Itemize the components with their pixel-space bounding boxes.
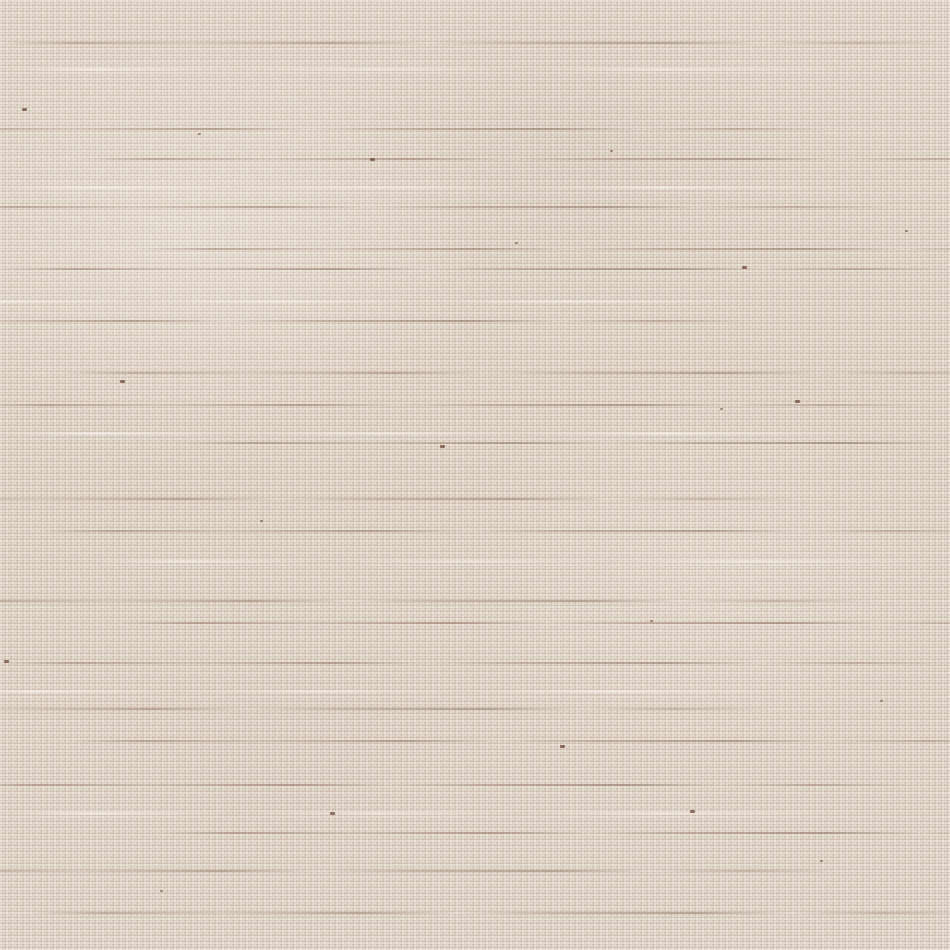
fleck <box>370 158 375 161</box>
slub-streak <box>0 662 950 664</box>
slub-streak <box>0 404 920 406</box>
fleck <box>880 700 883 702</box>
slub-streak <box>0 708 770 710</box>
fleck <box>650 620 653 622</box>
slub-streak-light <box>0 690 890 693</box>
fleck <box>905 230 908 232</box>
fleck <box>560 745 565 748</box>
fabric-texture-photo <box>0 0 950 950</box>
slub-streak <box>0 128 830 130</box>
fleck <box>198 133 201 135</box>
slub-streak <box>60 372 950 374</box>
fleck <box>22 108 27 111</box>
weave-knots <box>0 0 950 950</box>
slub-streak <box>0 320 750 322</box>
slub-streak <box>40 530 950 532</box>
slub-streak-light <box>0 68 950 71</box>
slub-streak <box>0 42 950 44</box>
fleck <box>120 380 125 383</box>
slub-streak <box>140 248 950 250</box>
fleck <box>440 445 445 448</box>
slub-streak-light <box>0 300 850 303</box>
fleck <box>4 660 9 663</box>
slub-streak <box>0 870 840 872</box>
slub-streak <box>70 740 950 742</box>
fleck <box>160 890 163 892</box>
fleck <box>820 860 823 862</box>
slub-streak <box>0 268 950 270</box>
fleck <box>610 150 613 152</box>
slub-streak <box>0 784 910 786</box>
slub-streak <box>0 600 870 602</box>
fleck <box>260 520 263 522</box>
slub-streak-light <box>0 812 950 815</box>
fleck <box>742 266 747 269</box>
slub-streak-light <box>0 186 950 189</box>
fleck <box>690 810 695 813</box>
slub-streak <box>0 498 800 500</box>
fleck <box>720 408 723 410</box>
slub-streak <box>160 832 950 834</box>
slub-streak <box>180 442 950 444</box>
slub-streak <box>30 912 950 914</box>
slub-streak <box>0 206 890 208</box>
fleck <box>515 242 518 244</box>
slub-streak <box>80 158 950 160</box>
slub-streak-light <box>0 432 950 435</box>
slub-streak <box>120 622 950 624</box>
fleck <box>795 400 800 403</box>
slub-streak-light <box>90 560 950 563</box>
fleck <box>330 812 335 815</box>
